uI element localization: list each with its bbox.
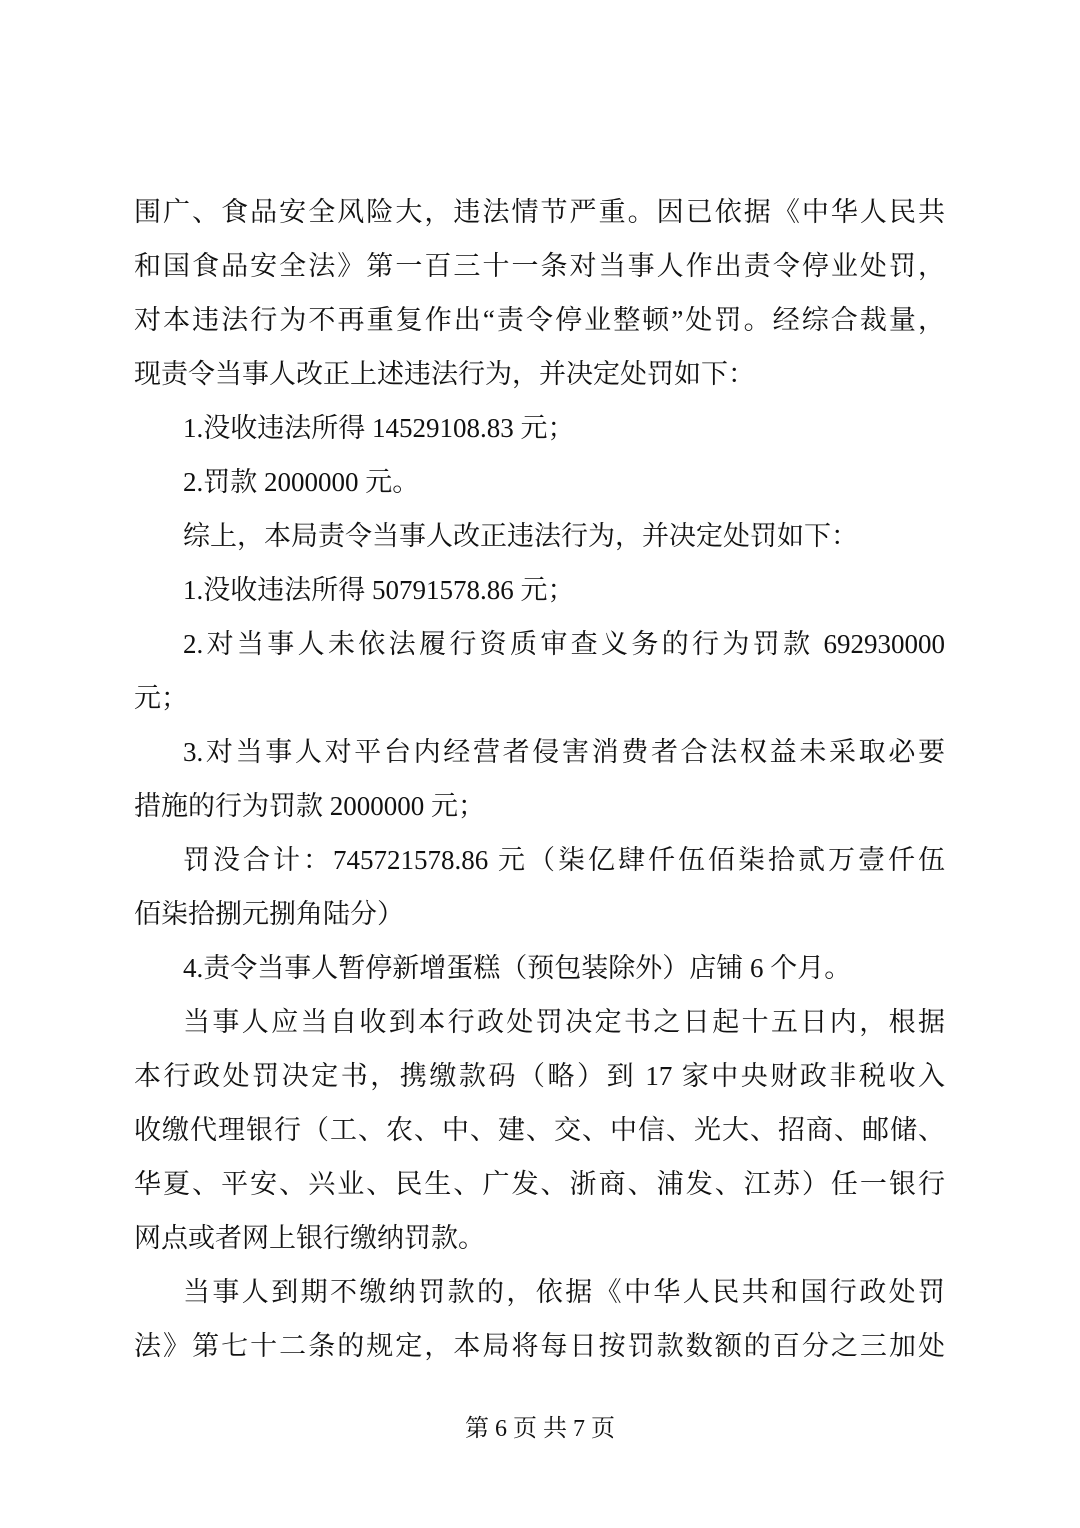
text-line: 2.罚款 2000000 元。 bbox=[134, 455, 945, 509]
document-page: 围广、食品安全风险大，违法情节严重。因已依据《中华人民共和国食品安全法》第一百三… bbox=[0, 0, 1080, 1528]
text-line: 对本违法行为不再重复作出“责令停业整顿”处罚。经综合裁量， bbox=[134, 293, 945, 347]
text-line: 华夏、平安、兴业、民生、广发、浙商、浦发、江苏）任一银行 bbox=[134, 1157, 945, 1211]
text-line: 法》第七十二条的规定，本局将每日按罚款数额的百分之三加处 bbox=[134, 1319, 945, 1373]
text-line: 罚没合计：745721578.86 元（柒亿肆仟伍佰柒拾贰万壹仟伍 bbox=[134, 833, 945, 887]
page-footer: 第 6 页 共 7 页 bbox=[0, 1406, 1080, 1452]
text-line: 4.责令当事人暂停新增蛋糕（预包装除外）店铺 6 个月。 bbox=[134, 941, 945, 995]
text-line: 当事人应当自收到本行政处罚决定书之日起十五日内，根据 bbox=[134, 995, 945, 1049]
text-line: 2.对当事人未依法履行资质审查义务的行为罚款 692930000 bbox=[134, 617, 945, 671]
text-line: 元； bbox=[134, 671, 945, 725]
text-line: 综上，本局责令当事人改正违法行为，并决定处罚如下： bbox=[134, 509, 945, 563]
text-line: 现责令当事人改正上述违法行为，并决定处罚如下： bbox=[134, 347, 945, 401]
text-line: 围广、食品安全风险大，违法情节严重。因已依据《中华人民共 bbox=[134, 185, 945, 239]
text-line: 措施的行为罚款 2000000 元； bbox=[134, 779, 945, 833]
text-line: 3.对当事人对平台内经营者侵害消费者合法权益未采取必要 bbox=[134, 725, 945, 779]
text-line: 1.没收违法所得 50791578.86 元； bbox=[134, 563, 945, 617]
text-line: 1.没收违法所得 14529108.83 元； bbox=[134, 401, 945, 455]
text-line: 本行政处罚决定书，携缴款码（略）到 17 家中央财政非税收入 bbox=[134, 1049, 945, 1103]
text-line: 收缴代理银行（工、农、中、建、交、中信、光大、招商、邮储、 bbox=[134, 1103, 945, 1157]
text-line: 网点或者网上银行缴纳罚款。 bbox=[134, 1211, 945, 1265]
text-line: 当事人到期不缴纳罚款的，依据《中华人民共和国行政处罚 bbox=[134, 1265, 945, 1319]
text-line: 和国食品安全法》第一百三十一条对当事人作出责令停业处罚， bbox=[134, 239, 945, 293]
document-body: 围广、食品安全风险大，违法情节严重。因已依据《中华人民共和国食品安全法》第一百三… bbox=[134, 185, 945, 1373]
text-line: 佰柒拾捌元捌角陆分） bbox=[134, 887, 945, 941]
